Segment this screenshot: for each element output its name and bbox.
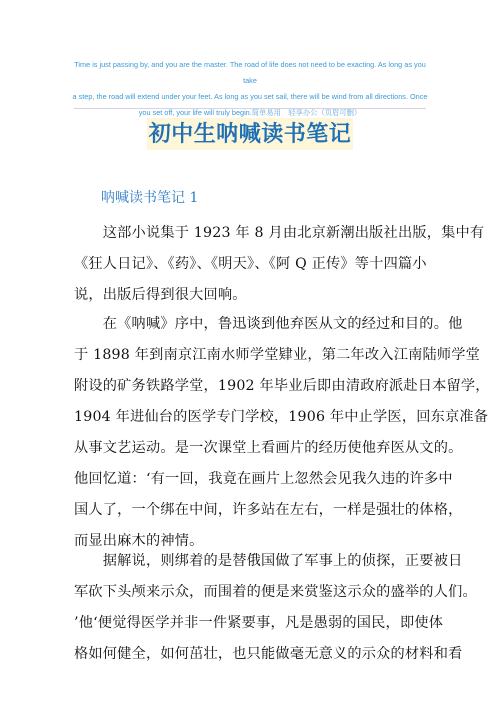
text-line: 格如何健全，如何茁壮，也只能做毫无意义的示众的材料和看 [74, 639, 429, 670]
text-line: 从事文艺运动。是一次课堂上看画片的经历使他弃医从文的。 [74, 433, 429, 464]
text-line: 于 1898 年到南京江南水师学堂肄业，第二年改入江南陆师学堂 [74, 340, 429, 371]
text-line: 附设的矿务铁路学堂，1902 年毕业后即由清政府派赴日本留学， [74, 371, 429, 402]
section-subtitle: 呐喊读书笔记 1 [101, 188, 198, 208]
header-cn-suffix: 简单易用 轻享办公（页眉可删） [252, 108, 361, 117]
text-line: 这部小说集于 1923 年 8 月由北京新潮出版社出版，集中有 [74, 218, 429, 249]
text-line: ’他‘便觉得医学并非一件紧要事，凡是愚弱的国民，即使体 [74, 608, 429, 639]
text-line: 国人了，一个绑在中间，许多站在左右，一样是强壮的体格， [74, 495, 429, 526]
text-line: 据解说，则绑着的是替俄国做了军事上的侦探，正要被日 [74, 546, 429, 577]
title-container: 初中生呐喊读书笔记 [0, 118, 500, 150]
text-line: 1904 年进仙台的医学专门学校，1906 年中止学医，回东京准备 [74, 402, 429, 433]
text-line: 他回忆道：‘有一回，我竟在画片上忽然会见我久违的许多中 [74, 464, 429, 495]
text-line: 《狂人日记》、《药》、《明天》、《阿 Q 正传》等十四篇小 [74, 249, 429, 280]
paragraph-2: 在《呐喊》序中，鲁迅谈到他弃医从文的经过和目的。他 于 1898 年到南京江南水… [74, 309, 429, 557]
document-page: Time is just passing by, and you are the… [0, 0, 500, 708]
header-quote-line: Time is just passing by, and you are the… [70, 57, 430, 89]
document-title: 初中生呐喊读书笔记 [147, 118, 354, 150]
header-divider [74, 108, 426, 109]
text-line: 军砍下头颅来示众，而围着的便是来赏鉴这示众的盛举的人们。 [74, 577, 429, 608]
paragraph-3: 据解说，则绑着的是替俄国做了军事上的侦探，正要被日 军砍下头颅来示众，而围着的便… [74, 546, 429, 670]
text-line: 说，出版后得到很大回响。 [74, 280, 429, 311]
text-line: 在《呐喊》序中，鲁迅谈到他弃医从文的经过和目的。他 [74, 309, 429, 340]
page-header-quote: Time is just passing by, and you are the… [70, 57, 430, 121]
header-quote-line-text: you set off, your life will truly begin. [139, 108, 252, 117]
paragraph-1: 这部小说集于 1923 年 8 月由北京新潮出版社出版，集中有 《狂人日记》、《… [74, 218, 429, 311]
header-quote-line: a step, the road will extend under your … [70, 89, 430, 105]
